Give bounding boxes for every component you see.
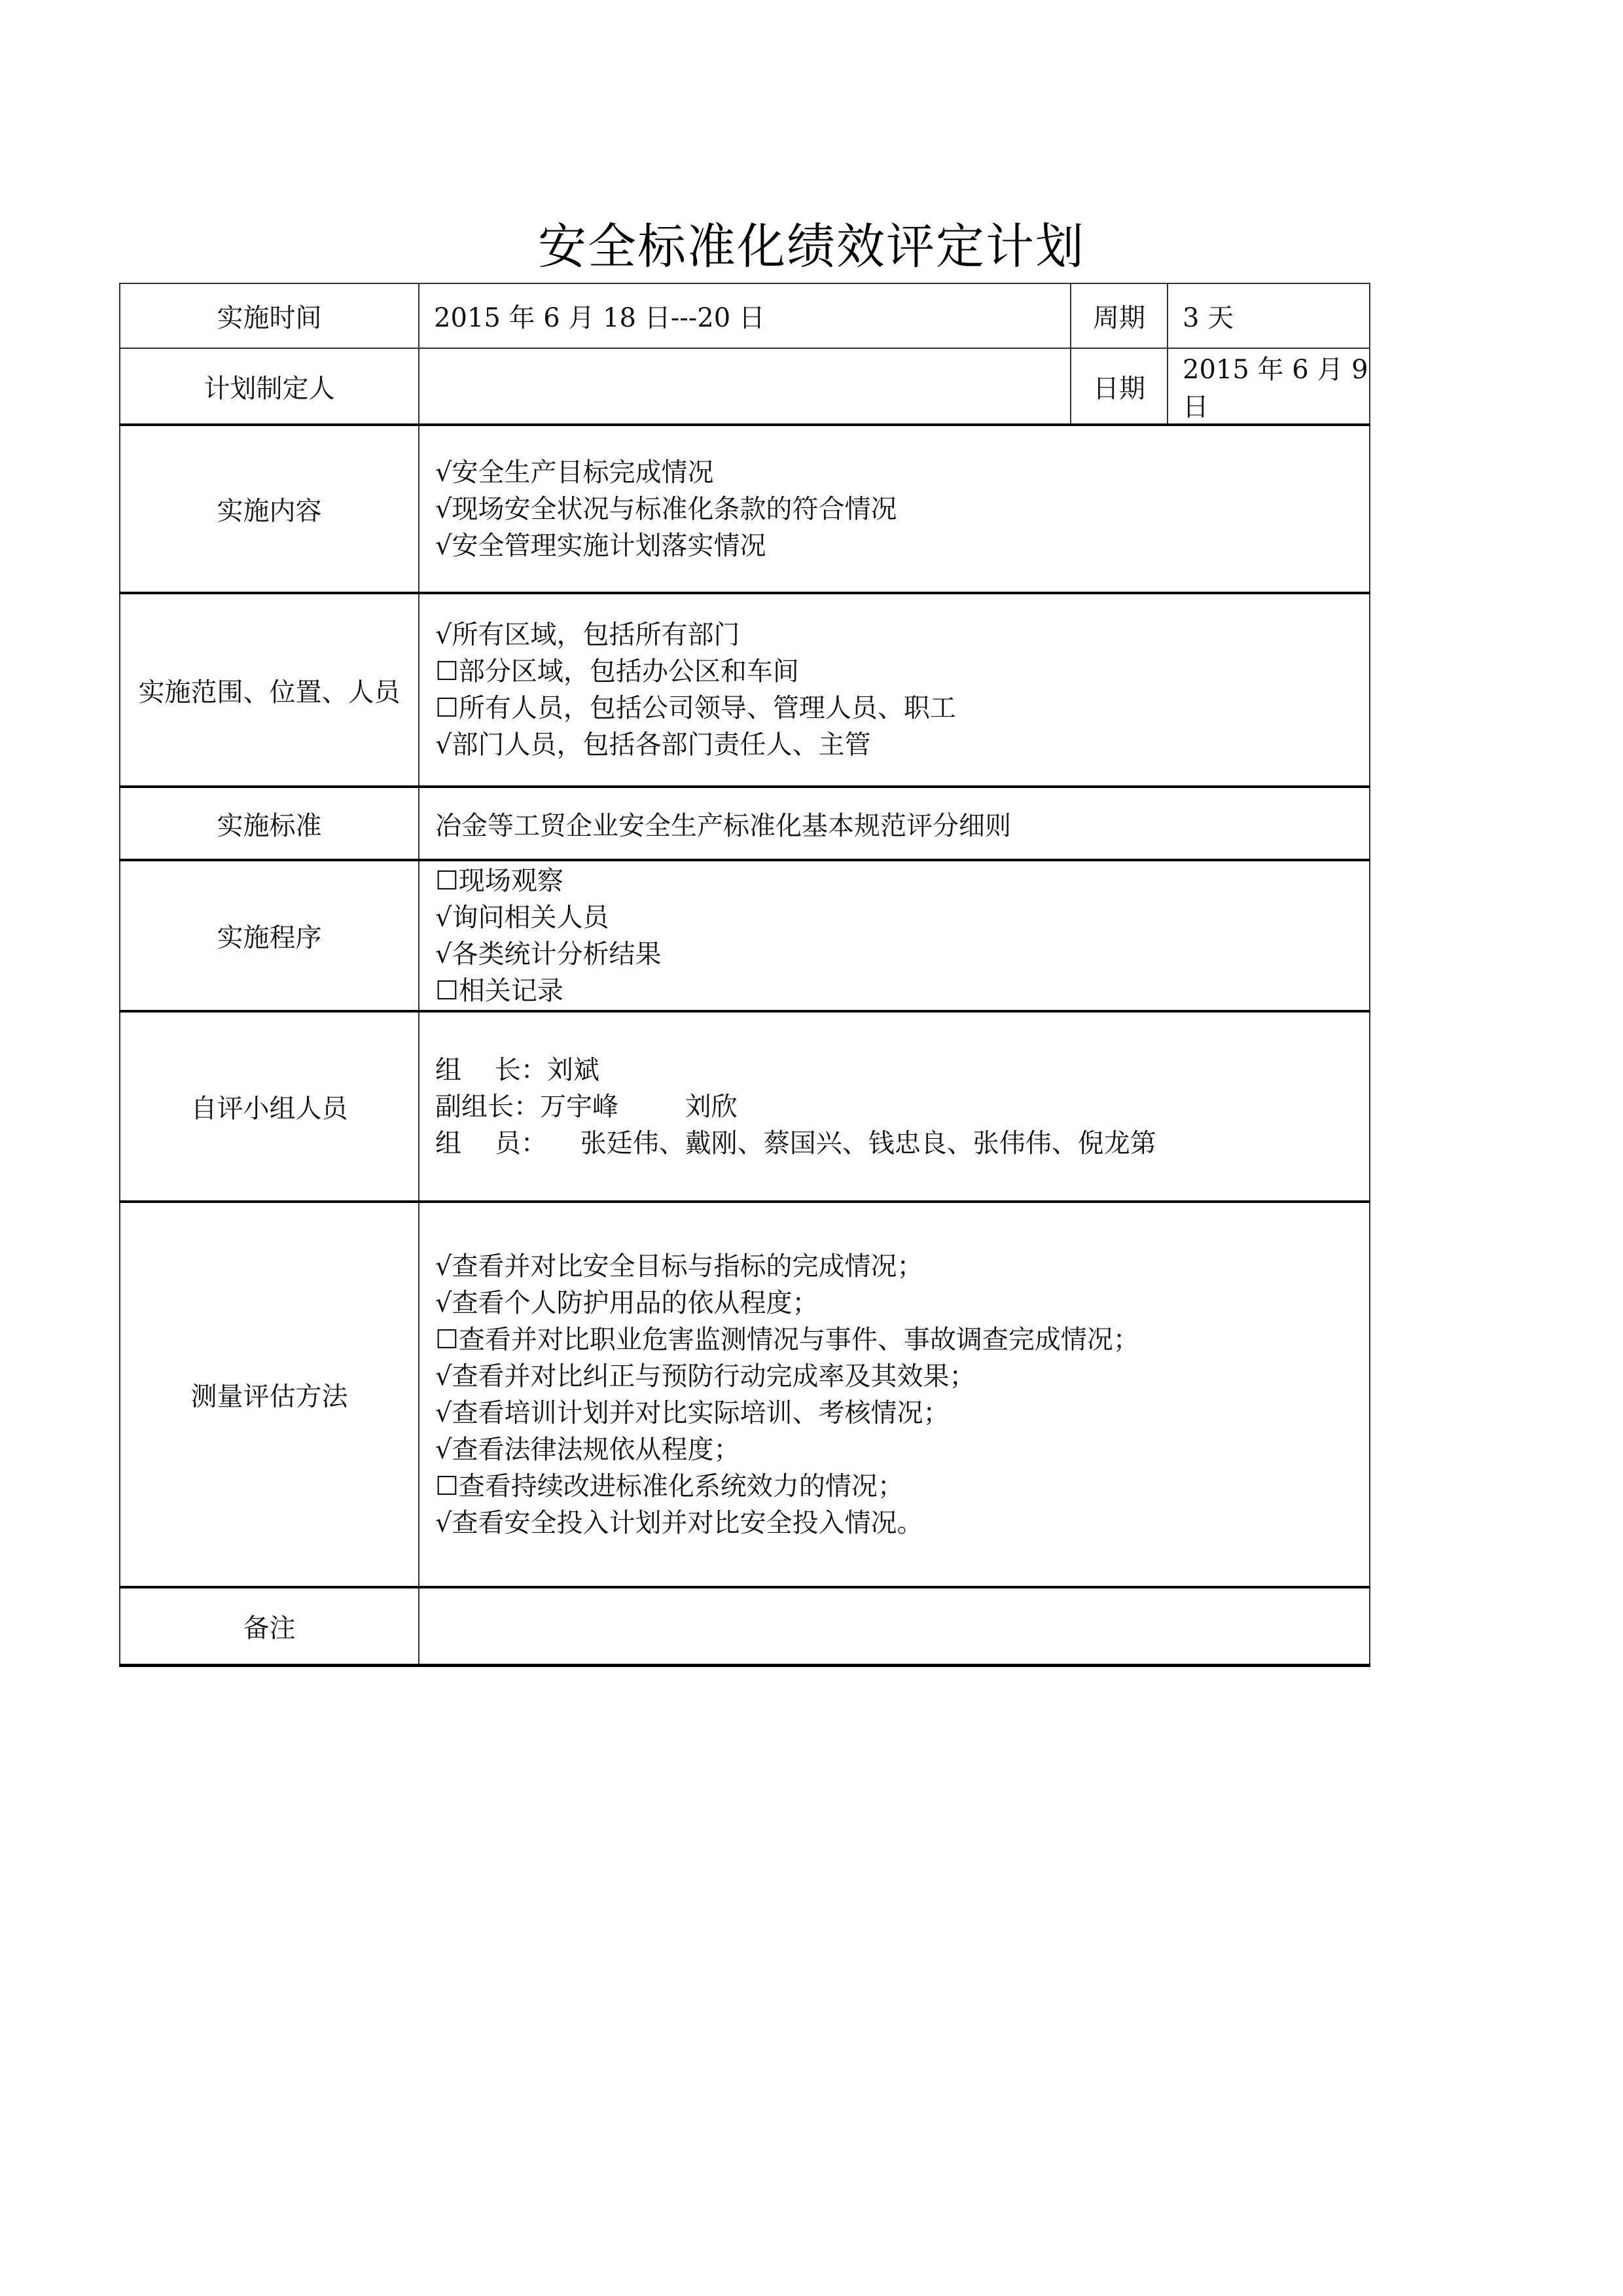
label-content: 实施内容 [120,425,419,593]
row-content: 实施内容 √安全生产目标完成情况 √现场安全状况与标准化条款的符合情况 √安全管… [120,425,1370,593]
label-scope: 实施范围、位置、人员 [120,593,419,787]
scope-item: ☐所有人员，包括公司领导、管理人员、职工 [435,690,1369,726]
plan-table: 实施时间 2015 年 6 月 18 日---20 日 周期 3 天 计划制定人… [119,283,1370,1667]
value-standard: 冶金等工贸企业安全生产标准化基本规范评分细则 [419,787,1370,860]
label-remarks: 备注 [120,1587,419,1665]
value-content: √安全生产目标完成情况 √现场安全状况与标准化条款的符合情况 √安全管理实施计划… [419,425,1370,593]
label-procedure: 实施程序 [120,860,419,1011]
row-remarks: 备注 [120,1587,1370,1665]
label-planner: 计划制定人 [120,348,419,425]
scope-item: ☐部分区域，包括办公区和车间 [435,653,1369,690]
method-item: √查看个人防护用品的依从程度； [435,1285,1369,1321]
team-deputy: 副组长：万宇峰 刘欣 [435,1088,1369,1125]
method-item: ☐查看并对比职业危害监测情况与事件、事故调查完成情况； [435,1321,1369,1358]
content-item: √安全管理实施计划落实情况 [435,528,1369,564]
method-item: √查看并对比纠正与预防行动完成率及其效果； [435,1358,1369,1395]
team-leader: 组 长：刘斌 [435,1052,1369,1088]
row-standard: 实施标准 冶金等工贸企业安全生产标准化基本规范评分细则 [120,787,1370,860]
value-method: √查看并对比安全目标与指标的完成情况； √查看个人防护用品的依从程度； ☐查看并… [419,1202,1370,1587]
label-team: 自评小组人员 [120,1011,419,1202]
team-members: 组 员： 张廷伟、戴刚、蔡国兴、钱忠良、张伟伟、倪龙第 [435,1125,1369,1162]
value-period: 3 天 [1168,283,1370,348]
row-scope: 实施范围、位置、人员 √所有区域，包括所有部门 ☐部分区域，包括办公区和车间 ☐… [120,593,1370,787]
row-procedure: 实施程序 ☐现场观察 √询问相关人员 √各类统计分析结果 ☐相关记录 [120,860,1370,1011]
value-remarks [419,1587,1370,1665]
row-time: 实施时间 2015 年 6 月 18 日---20 日 周期 3 天 [120,283,1370,348]
method-item: √查看安全投入计划并对比安全投入情况。 [435,1505,1369,1541]
row-team: 自评小组人员 组 长：刘斌 副组长：万宇峰 刘欣 组 员： 张廷伟、戴刚、蔡国兴… [120,1011,1370,1202]
value-scope: √所有区域，包括所有部门 ☐部分区域，包括办公区和车间 ☐所有人员，包括公司领导… [419,593,1370,787]
label-method: 测量评估方法 [120,1202,419,1587]
label-date: 日期 [1071,348,1168,425]
row-method: 测量评估方法 √查看并对比安全目标与指标的完成情况； √查看个人防护用品的依从程… [120,1202,1370,1587]
method-item: √查看法律法规依从程度； [435,1431,1369,1468]
scope-item: √部门人员，包括各部门责任人、主管 [435,726,1369,763]
value-date: 2015 年 6 月 9 日 [1168,348,1370,425]
document-title: 安全标准化绩效评定计划 [0,208,1623,278]
method-item: √查看培训计划并对比实际培训、考核情况； [435,1395,1369,1431]
label-period: 周期 [1071,283,1168,348]
row-planner: 计划制定人 日期 2015 年 6 月 9 日 [120,348,1370,425]
value-time: 2015 年 6 月 18 日---20 日 [419,283,1071,348]
procedure-item: √询问相关人员 [435,899,1369,936]
procedure-item: ☐相关记录 [435,973,1369,1009]
value-planner [419,348,1071,425]
method-item: √查看并对比安全目标与指标的完成情况； [435,1248,1369,1285]
value-team: 组 长：刘斌 副组长：万宇峰 刘欣 组 员： 张廷伟、戴刚、蔡国兴、钱忠良、张伟… [419,1011,1370,1202]
method-item: ☐查看持续改进标准化系统效力的情况； [435,1468,1369,1505]
content-item: √现场安全状况与标准化条款的符合情况 [435,491,1369,528]
procedure-item: √各类统计分析结果 [435,936,1369,973]
scope-item: √所有区域，包括所有部门 [435,617,1369,653]
value-procedure: ☐现场观察 √询问相关人员 √各类统计分析结果 ☐相关记录 [419,860,1370,1011]
label-standard: 实施标准 [120,787,419,860]
label-time: 实施时间 [120,283,419,348]
content-item: √安全生产目标完成情况 [435,454,1369,491]
procedure-item: ☐现场观察 [435,863,1369,899]
